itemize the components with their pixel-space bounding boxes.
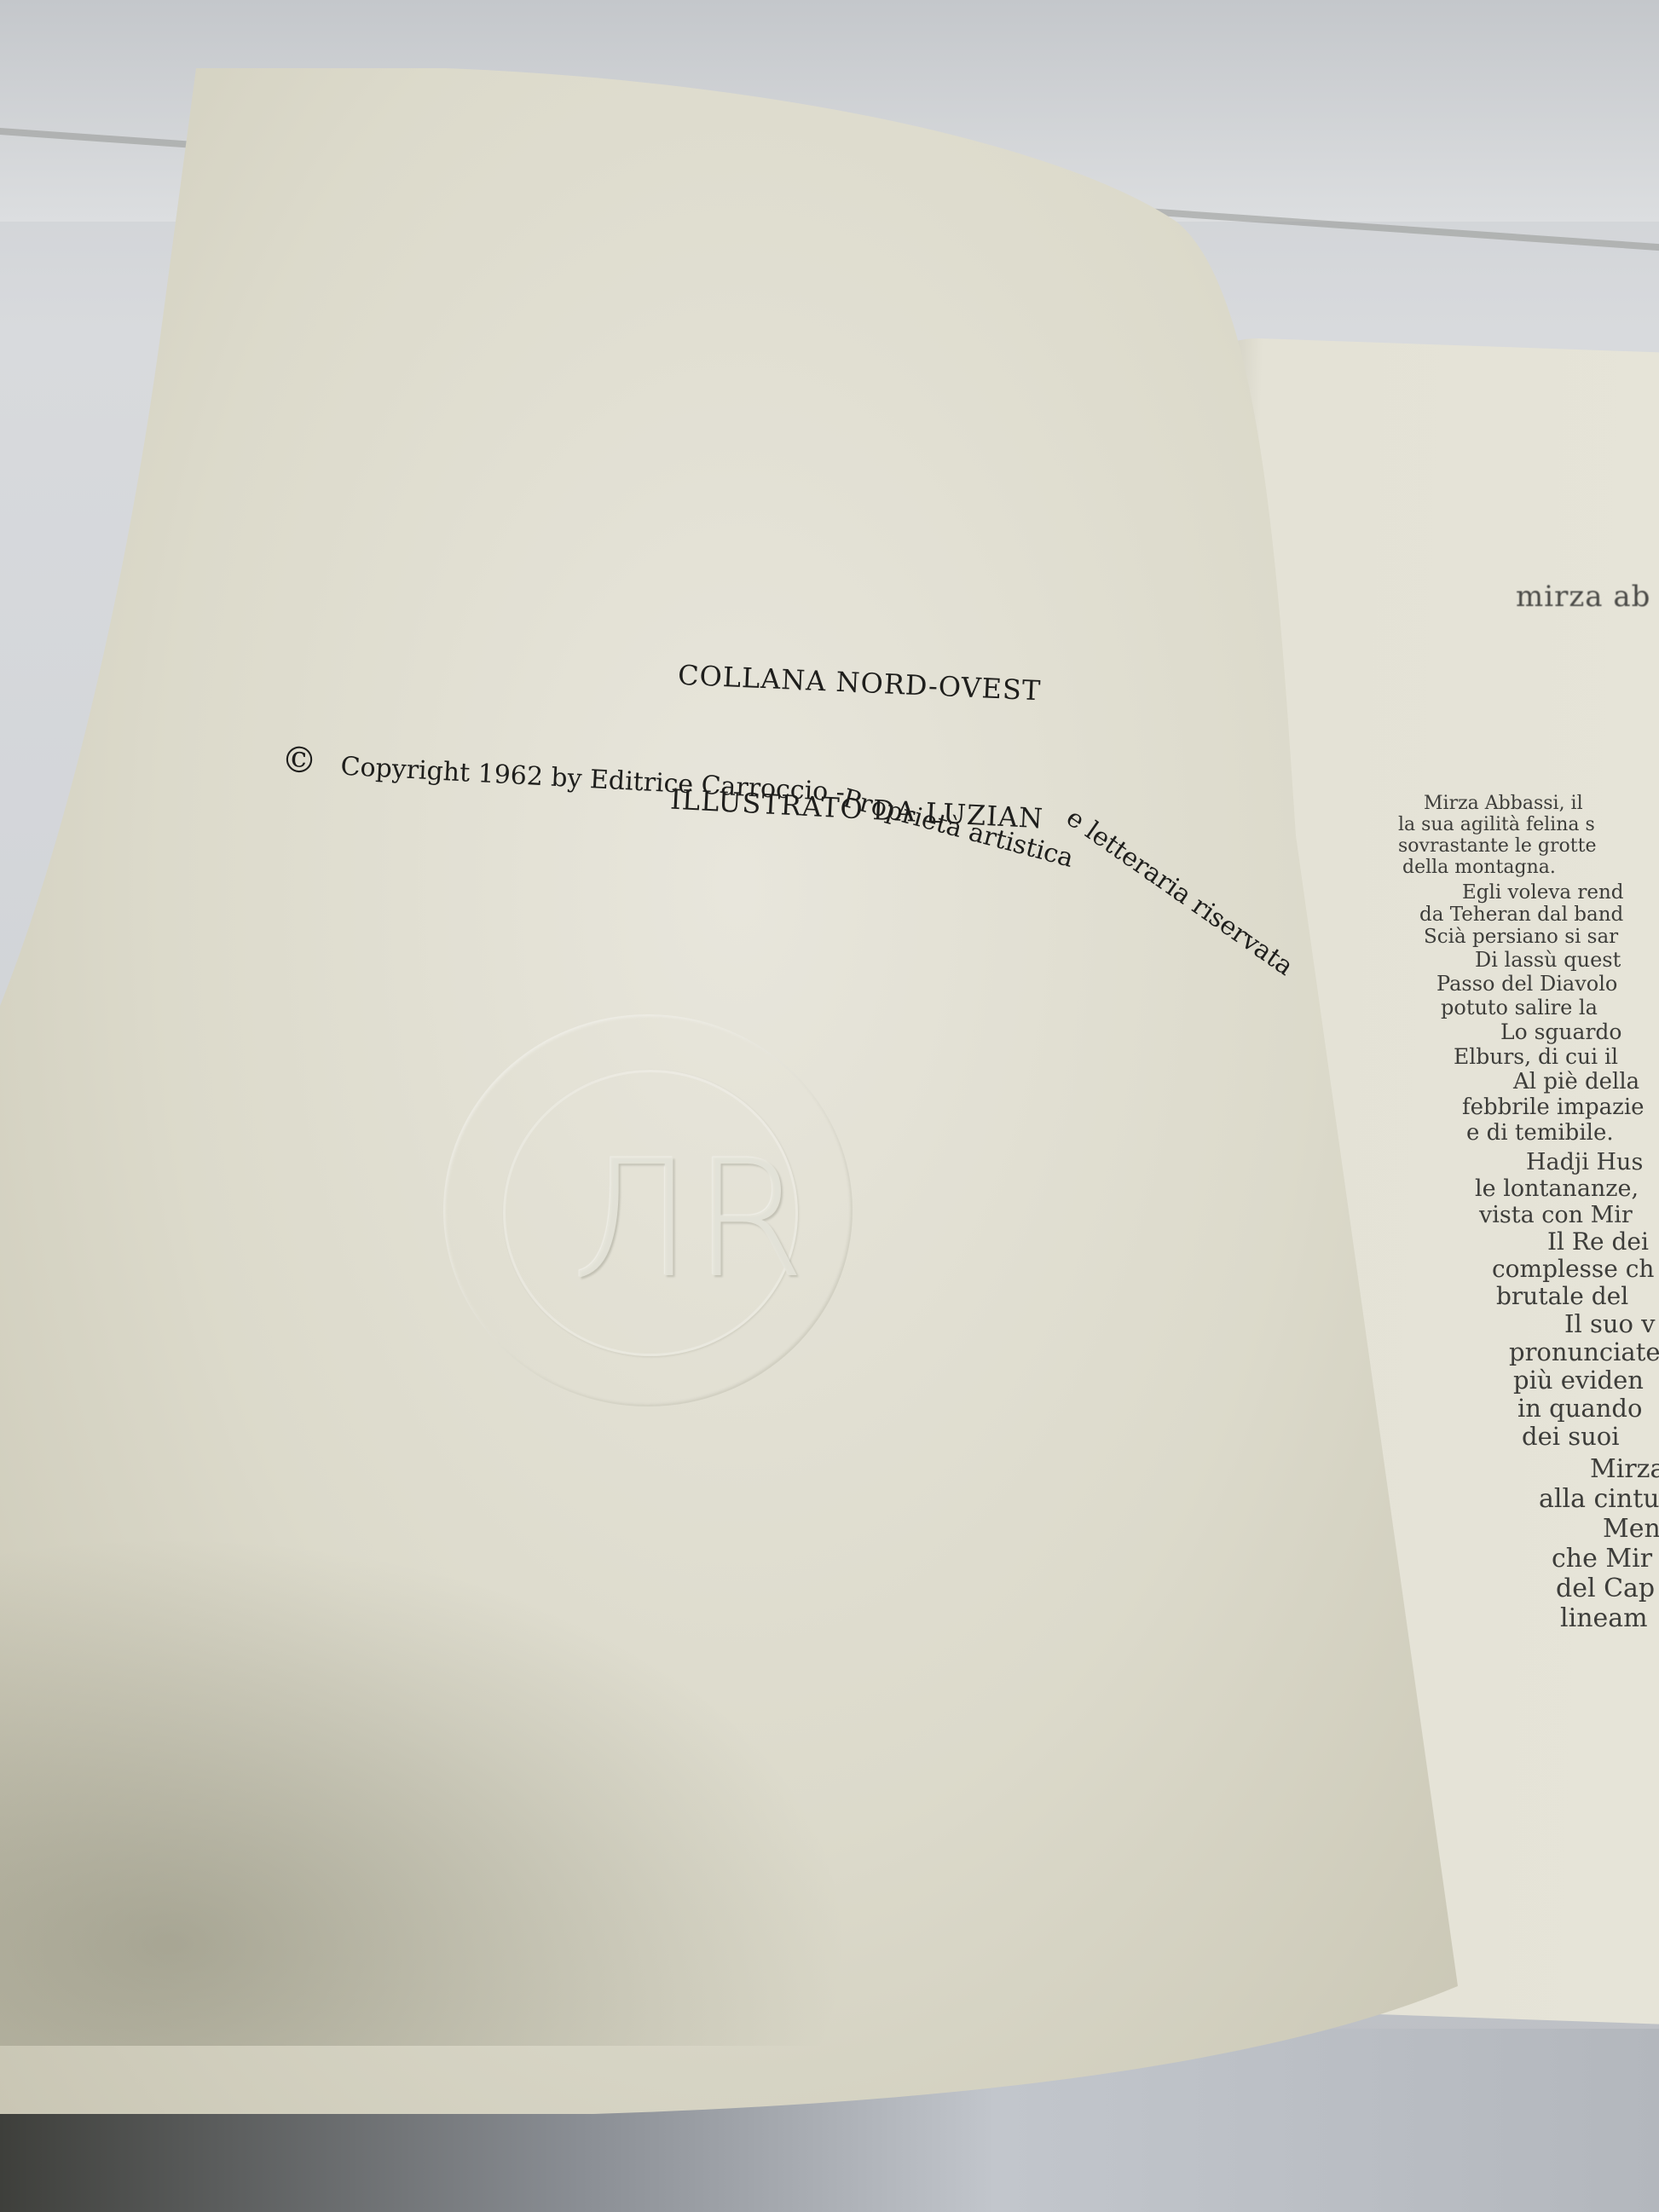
body-text-line: Di lassù quest [1475, 948, 1659, 972]
body-text-line: Elburs, di cui il [1454, 1044, 1659, 1069]
chapter-title: mirza ab [1516, 580, 1650, 614]
body-text-line: e di temibile. [1466, 1120, 1659, 1146]
body-text-line: brutale del [1496, 1283, 1659, 1310]
body-text-line: complesse ch [1492, 1256, 1659, 1283]
body-text-line: della montagna. [1402, 857, 1659, 878]
body-text-line: Hadji Hus [1526, 1149, 1659, 1175]
seal-monogram-icon: ЛR [571, 1125, 806, 1314]
body-text-line: Lo sguardo [1500, 1019, 1659, 1044]
body-text-line: dei suoi [1522, 1423, 1659, 1451]
body-text-line: più eviden [1513, 1366, 1659, 1395]
body-text-line: Men [1603, 1514, 1659, 1544]
body-text-line: Al piè della [1513, 1069, 1659, 1094]
chapter-body-text: Mirza Abbassi, illa sua agilità felina s… [1398, 793, 1659, 1633]
body-text-line: Mirza [1590, 1454, 1659, 1484]
body-text-line: in quando [1517, 1395, 1659, 1423]
body-text-line: Il Re dei [1547, 1228, 1659, 1256]
body-text-line: le lontananze, [1475, 1175, 1659, 1202]
body-text-line: lineam [1560, 1603, 1659, 1633]
body-text-line: Egli voleva rend [1462, 881, 1659, 904]
body-text-line: Mirza Abbassi, il [1424, 793, 1659, 814]
body-text-line: la sua agilità felina s [1398, 814, 1659, 835]
embossed-seal: ЛR [443, 1014, 853, 1406]
body-text-line: potuto salire la [1441, 996, 1659, 1019]
body-text-line: Passo del Diavolo [1436, 972, 1659, 996]
body-text-line: del Cap [1556, 1574, 1659, 1603]
body-text-line: vista con Mir [1479, 1202, 1659, 1228]
copyright-icon: © [280, 738, 319, 782]
page-shadow [0, 1534, 853, 2046]
body-text-line: da Teheran dal band [1419, 904, 1659, 926]
body-text-line: febbrile impazie [1462, 1094, 1659, 1120]
body-text-line: che Mir [1552, 1544, 1659, 1574]
body-text-line: alla cintu [1539, 1484, 1659, 1514]
body-text-line: sovrastante le grotte [1398, 835, 1659, 857]
body-text-line: pronunciate [1509, 1338, 1659, 1366]
body-text-line: Il suo v [1564, 1310, 1659, 1338]
body-text-line: Scià persiano si sar [1424, 926, 1659, 948]
